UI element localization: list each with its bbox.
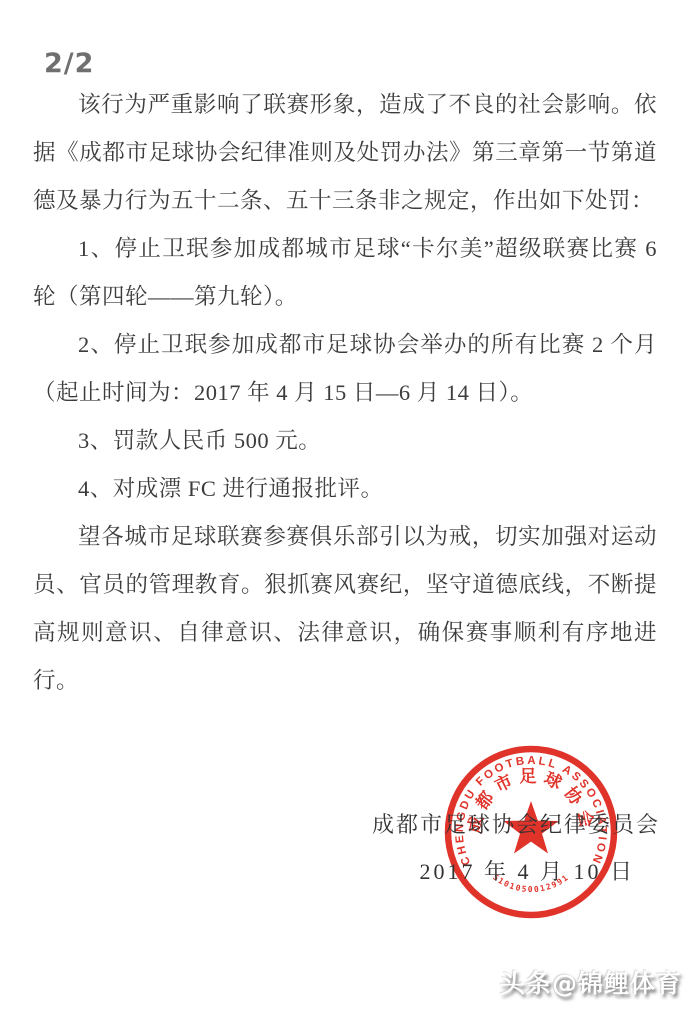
paragraph-intro: 该行为严重影响了联赛形象，造成了不良的社会影响。依据《成都市足球协会纪律准则及处… bbox=[33, 81, 657, 225]
paragraph-closing: 望各城市足球联赛参赛俱乐部引以为戒，切实加强对运动员、官员的管理教育。狠抓赛风赛… bbox=[33, 513, 657, 705]
paragraph-penalty-2: 2、停止卫珉参加成都市足球协会举办的所有比赛 2 个月（起止时间为：2017 年… bbox=[33, 321, 657, 417]
page-number: 2/2 bbox=[44, 48, 94, 79]
watermark-text: 头条@锦鲤体育 bbox=[500, 964, 682, 1000]
signature-date: 2017 年 4 月 10 日 bbox=[419, 855, 635, 886]
signature-committee: 成都市足球协会纪律委员会 bbox=[372, 808, 660, 839]
paragraph-penalty-3: 3、罚款人民币 500 元。 bbox=[33, 417, 657, 465]
document-body: 该行为严重影响了联赛形象，造成了不良的社会影响。依据《成都市足球协会纪律准则及处… bbox=[33, 81, 657, 705]
paragraph-penalty-1: 1、停止卫珉参加成都城市足球“卡尔美”超级联赛比赛 6 轮（第四轮——第九轮）。 bbox=[33, 225, 657, 321]
paragraph-penalty-4: 4、对成漂 FC 进行通报批评。 bbox=[33, 465, 657, 513]
document-page: 2/2 该行为严重影响了联赛形象，造成了不良的社会影响。依据《成都市足球协会纪律… bbox=[0, 0, 688, 1010]
